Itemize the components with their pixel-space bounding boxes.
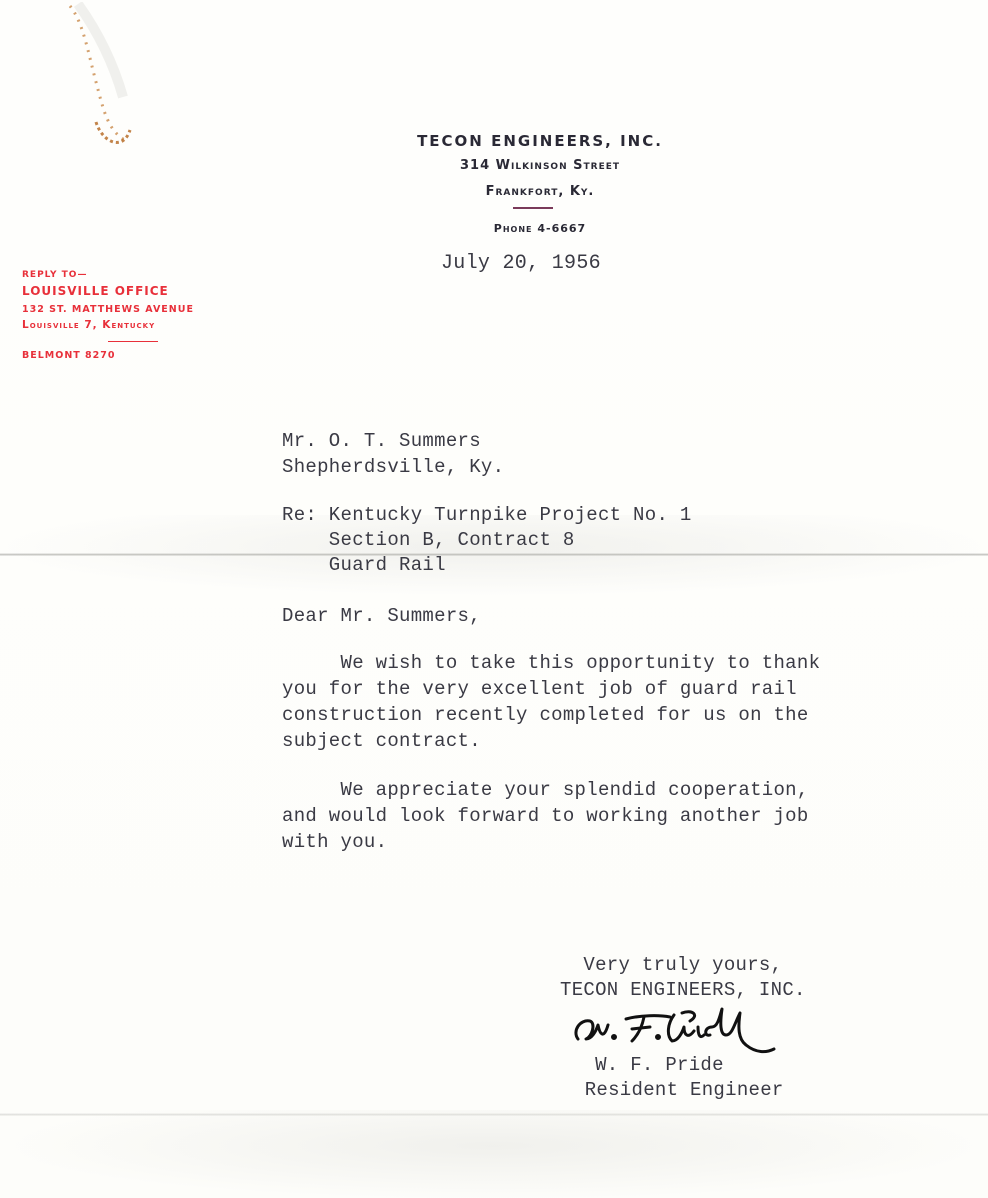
reply-to-city: Louisville 7, Kentucky	[22, 319, 155, 331]
paper-fold-line	[0, 553, 988, 556]
body-line: you for the very excellent job of guard …	[282, 678, 797, 700]
reply-to-label: REPLY TO—	[22, 270, 87, 280]
body-line: and would look forward to working anothe…	[282, 805, 809, 827]
letterhead-divider	[513, 207, 553, 209]
signer-name: W. F. Pride	[560, 1054, 724, 1076]
letterhead-street: 314 Wilkinson Street	[340, 158, 740, 173]
recipient-location: Shepherdsville, Ky.	[282, 456, 504, 478]
letterhead-phone: Phone 4-6667	[340, 222, 740, 235]
reply-to-office: LOUISVILLE OFFICE	[22, 284, 169, 298]
paper-fold-shadow	[0, 1110, 988, 1198]
signer-title: Resident Engineer	[573, 1079, 784, 1101]
body-line: with you.	[282, 831, 387, 853]
body-line: construction recently completed for us o…	[282, 704, 809, 726]
subject-line: Guard Rail	[282, 554, 446, 576]
body-line: subject contract.	[282, 730, 481, 752]
subject-line: Re: Kentucky Turnpike Project No. 1	[282, 504, 692, 526]
subject-line: Section B, Contract 8	[282, 529, 575, 551]
body-line: We appreciate your splendid cooperation,	[282, 779, 809, 801]
reply-to-phone: BELMONT 8270	[22, 350, 116, 361]
rust-stain-icon	[68, 2, 138, 147]
closing-valediction: Very truly yours,	[560, 954, 782, 976]
reply-to-address: 132 ST. MATTHEWS AVENUE	[22, 304, 194, 315]
reply-to-divider	[108, 341, 158, 342]
letterhead-company: TECON ENGINEERS, INC.	[340, 132, 740, 150]
letter-date: July 20, 1956	[441, 252, 601, 275]
recipient-name: Mr. O. T. Summers	[282, 430, 481, 452]
salutation: Dear Mr. Summers,	[282, 605, 481, 627]
closing-company: TECON ENGINEERS, INC.	[560, 979, 806, 1001]
body-line: We wish to take this opportunity to than…	[282, 652, 820, 674]
letterhead-city: Frankfort, Ky.	[340, 184, 740, 199]
letter-paper: TECON ENGINEERS, INC. 314 Wilkinson Stre…	[0, 0, 988, 1198]
